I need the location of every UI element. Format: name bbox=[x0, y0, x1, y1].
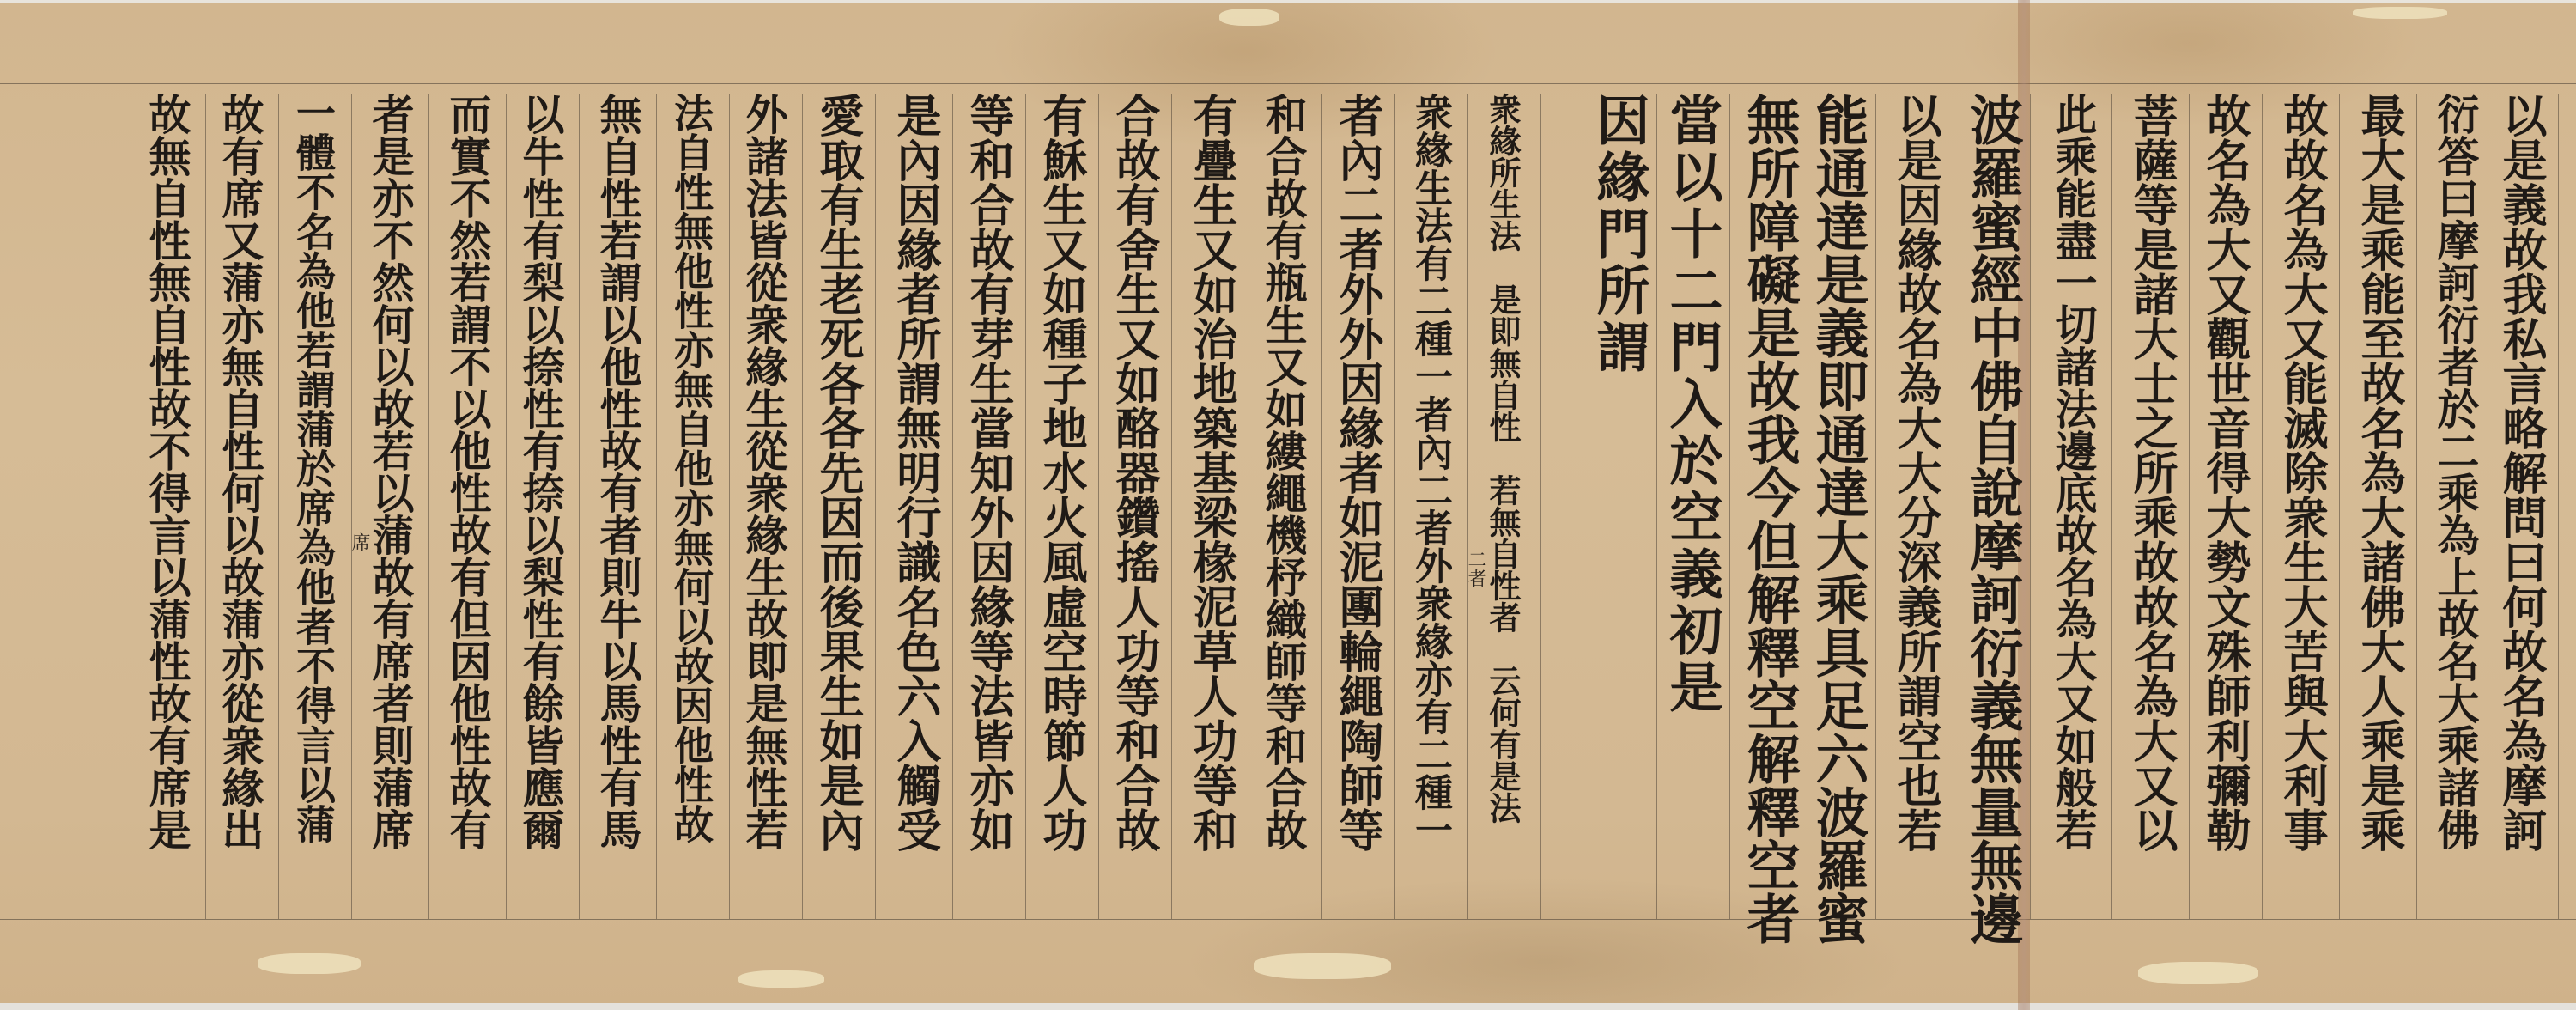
text-column: 無自性若謂以他性故有者則牛以馬性有馬 bbox=[584, 93, 653, 850]
text-column: 衆緣所生法 是即無自性 若無自性者 云何有是法 bbox=[1468, 93, 1537, 824]
paper-stain bbox=[738, 970, 824, 988]
text-column: 以牛性有梨以捺性有捺以梨性有餘皆應爾 bbox=[507, 93, 575, 850]
column-ruling-line bbox=[1171, 94, 1172, 919]
text-column: 因緣門所謂 bbox=[1584, 93, 1653, 376]
text-column: 外諸法皆從衆緣生從衆緣生故即是無性若 bbox=[730, 93, 799, 850]
column-ruling-line bbox=[875, 94, 876, 919]
interlinear-note: 席 bbox=[346, 532, 373, 551]
top-ruling-line bbox=[0, 83, 2576, 84]
text-column: 當以十二門入於空義初是 bbox=[1657, 93, 1726, 716]
paper-stain bbox=[1219, 9, 1279, 26]
text-column: 和合故有瓶生又如縷繩機杼織師等和合故 bbox=[1249, 93, 1318, 850]
paper-stain bbox=[258, 953, 361, 974]
column-ruling-line bbox=[2416, 94, 2417, 919]
text-column: 能通達是義即通達大乘具足六波羅蜜 bbox=[1803, 93, 1872, 945]
column-ruling-line bbox=[2262, 94, 2263, 919]
manuscript-scroll: 以是義故我私言略解問曰何故名為摩訶衍答曰摩訶衍者於二乘為上故名大乘諸佛最大是乘能… bbox=[0, 0, 2576, 1010]
column-ruling-line bbox=[1875, 94, 1876, 919]
paper-stain bbox=[1254, 953, 1391, 979]
text-column: 而實不然若謂不以他性故有但因他性故有 bbox=[434, 93, 502, 850]
text-column: 故有席又蒲亦無自性何以故蒲亦從衆緣出 bbox=[206, 93, 275, 850]
text-column: 菩薩等是諸大士之所乘故故名為大又以 bbox=[2117, 93, 2185, 852]
text-column: 波羅蜜經中佛自說摩訶衍義無量無邊 bbox=[1958, 93, 2026, 945]
column-ruling-line bbox=[579, 94, 580, 919]
text-column: 故故名為大又能滅除衆生大苦與大利事 bbox=[2267, 93, 2336, 852]
text-column: 衆緣生法有二種一者內二者外衆緣亦有二種一 bbox=[1395, 93, 1464, 849]
column-ruling-line bbox=[1729, 94, 1730, 919]
column-ruling-line bbox=[1540, 94, 1541, 919]
text-column: 等和合故有芽生當知外因緣等法皆亦如 bbox=[953, 93, 1022, 852]
text-column: 者內二者外外因緣者如泥團輪繩陶師等 bbox=[1322, 93, 1391, 852]
column-ruling-line bbox=[428, 94, 429, 919]
top-margin bbox=[0, 0, 2576, 3]
column-ruling-line bbox=[2030, 94, 2031, 919]
paper-stain bbox=[2353, 7, 2447, 19]
text-column: 法自性無他性亦無自他亦無何以故因他性故 bbox=[657, 93, 726, 843]
text-column: 有穌生又如種子地水火風虛空時節人功 bbox=[1026, 93, 1095, 852]
text-column: 是內因緣者所謂無明行識名色六入觸受 bbox=[880, 93, 949, 852]
column-ruling-line bbox=[1953, 94, 1953, 919]
bottom-ruling-line bbox=[0, 919, 2576, 920]
text-column: 故名為大又觀世音得大勢文殊師利彌勒 bbox=[2190, 93, 2258, 852]
column-ruling-line bbox=[351, 94, 352, 919]
text-column: 以是義故我私言略解問曰何故名為摩訶 bbox=[2486, 93, 2555, 852]
text-column: 無所障礙是故我今但解釋空解釋空者 bbox=[1735, 93, 1803, 945]
column-ruling-line bbox=[2339, 94, 2340, 919]
paper-stain bbox=[2138, 962, 2258, 984]
column-ruling-line bbox=[2111, 94, 2112, 919]
bottom-margin bbox=[0, 1003, 2576, 1010]
column-ruling-line bbox=[2558, 94, 2559, 919]
text-column: 者是亦不然何以故若以蒲故有席者則蒲席 bbox=[356, 93, 425, 850]
text-column: 此乘能盡一切諸法邊底故名為大又如般若 bbox=[2039, 93, 2108, 850]
text-column: 衍答曰摩訶衍者於二乘為上故名大乘諸佛 bbox=[2421, 93, 2490, 850]
text-column: 一體不名為他若謂蒲於席為他者不得言以蒲 bbox=[279, 93, 348, 843]
text-column: 合故有舍生又如酪器鑽搖人功等和合故 bbox=[1099, 93, 1168, 852]
text-column: 以是因緣故名為大大分深義所謂空也若 bbox=[1880, 93, 1949, 852]
text-column: 愛取有生老死各各先因而後果生如是內 bbox=[803, 93, 872, 852]
text-column: 有疊生又如治地築基梁椽泥草人功等和 bbox=[1176, 93, 1245, 852]
text-column: 故無自性無自性故不得言以蒲性故有席是 bbox=[133, 93, 202, 850]
interlinear-note: 二者 bbox=[1462, 550, 1489, 587]
text-column: 最大是乘能至故名為大諸佛大人乘是乘 bbox=[2344, 93, 2413, 852]
